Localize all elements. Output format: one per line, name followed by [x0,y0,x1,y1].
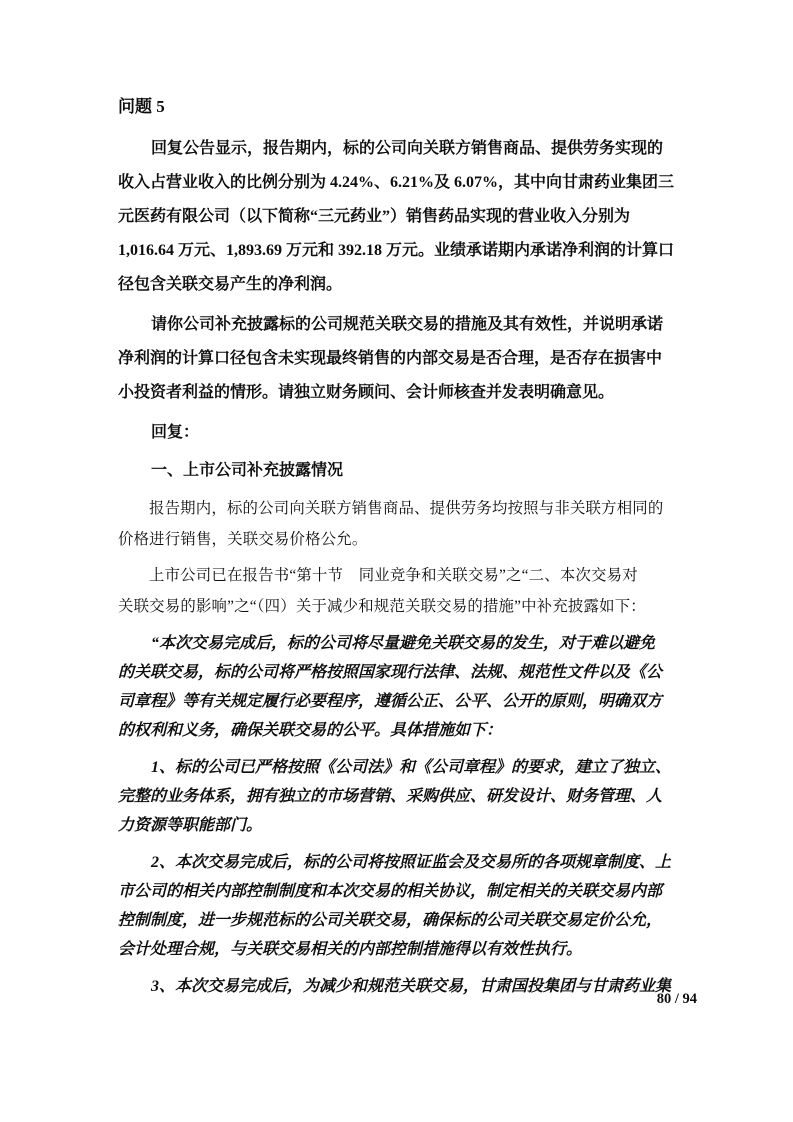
page-content: 问题 5 回复公告显示，报告期内，标的公司向关联方销售商品、提供劳务实现的 收入… [118,96,678,1001]
question-paragraph-1: 回复公告显示，报告期内，标的公司向关联方销售商品、提供劳务实现的 收入占营业收入… [118,132,678,302]
section-title-disclosure: 一、上市公司补充披露情况 [118,454,678,488]
page-number: 80 / 94 [0,990,697,1008]
question-heading: 问题 5 [118,96,678,118]
reply-label: 回复： [118,416,678,450]
quote-paragraph-intro: “本次交易完成后，标的公司将尽量避免关联交易的发生，对于难以避免 的关联交易，标… [118,629,678,745]
quote-paragraph-measure-1: 1、标的公司已严格按照《公司法》和《公司章程》的要求，建立了独立、 完整的业务体… [118,753,678,840]
body-paragraph-1: 报告期内，标的公司向关联方销售商品、提供劳务均按照与非关联方相同的 价格进行销售… [118,493,678,555]
body-paragraph-2: 上市公司已在报告书“第十节 同业竞争和关联交易”之“二、本次交易对 关联交易的影… [118,560,678,622]
document-page: 问题 5 回复公告显示，报告期内，标的公司向关联方销售商品、提供劳务实现的 收入… [0,0,793,1122]
question-paragraph-2: 请你公司补充披露标的公司规范关联交易的措施及其有效性，并说明承诺 净利润的计算口… [118,308,678,410]
quote-paragraph-measure-2: 2、本次交易完成后，标的公司将按照证监会及交易所的各项规章制度、上 市公司的相关… [118,848,678,964]
